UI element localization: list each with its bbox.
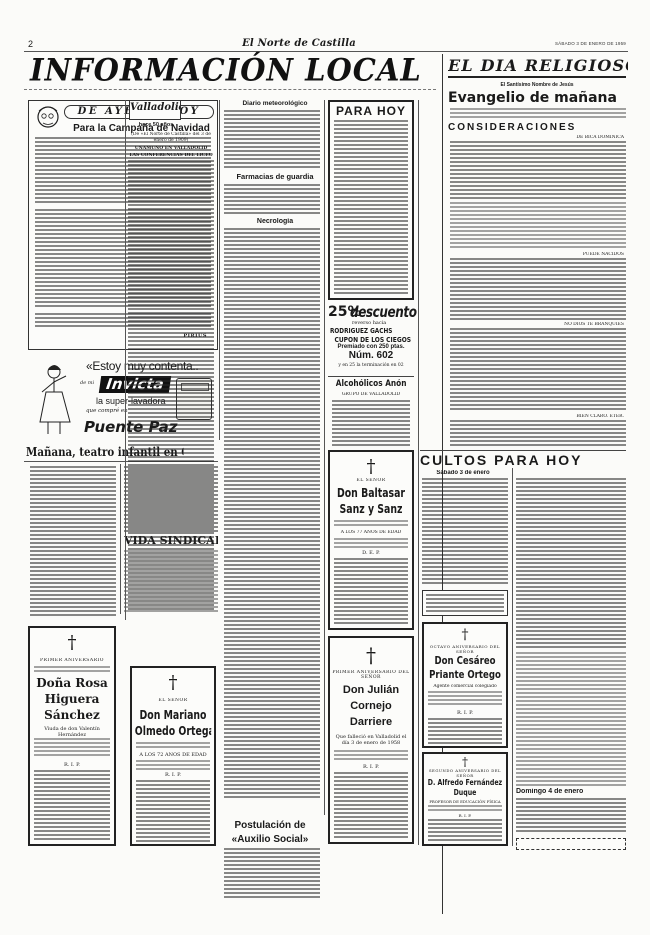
obituary-text — [428, 805, 502, 813]
ad-script-store: que compré en — [86, 408, 128, 414]
obituary-prefix: SEGUNDO ANIVERSARIO DEL SEÑOR — [424, 768, 506, 778]
obituary-box: † OCTAVO ANIVERSARIO DEL SEÑOR Don Cesár… — [422, 622, 508, 748]
article-body — [516, 652, 626, 786]
cupon-number: Núm. 602 — [328, 350, 414, 361]
column-rule — [120, 464, 121, 614]
masthead: El Norte de Castilla — [224, 38, 374, 49]
column-rule — [219, 100, 220, 440]
column-rule — [324, 100, 325, 815]
article-body — [30, 466, 116, 616]
obituary-box: † PRIMER ANIVERSARIO Doña Rosa Higuera S… — [28, 626, 116, 846]
article-body — [224, 110, 320, 170]
valladolid-subtitle: hace 50 años — [129, 122, 183, 128]
cross-icon: † — [330, 458, 412, 476]
obituary-name: D. Alfredo Fernández — [427, 778, 503, 787]
cross-icon: † — [424, 756, 506, 768]
woman-illustration-icon — [34, 362, 76, 436]
article-body — [128, 160, 214, 612]
article-body — [334, 120, 408, 296]
obituary-text — [136, 780, 210, 842]
obituary-box: † EL SEÑOR Don Mariano Olmedo Ortega A L… — [130, 666, 216, 846]
obituary-name: Priante Ortego — [427, 668, 503, 681]
obituary-prefix: PRIMER ANIVERSARIO — [30, 658, 114, 663]
divider — [448, 76, 626, 78]
para-hoy-box: PARA HOY — [328, 100, 414, 300]
feast-name: El Santísimo Nombre de Jesús — [448, 82, 626, 88]
obituary-prefix: EL SEÑOR — [132, 698, 214, 703]
subhead: GRUPO DE VALLADOLID — [328, 392, 414, 398]
cross-icon: † — [30, 634, 114, 652]
obituary-name: Sánchez — [30, 708, 114, 722]
obituary-text — [428, 691, 502, 707]
obituary-note: A LOS 72 AÑOS DE EDAD — [132, 752, 214, 758]
article-body — [332, 400, 410, 448]
ad-line: reverso hacia — [352, 320, 386, 326]
article-body — [450, 108, 626, 120]
cupon-ciegos: CUPON DE LOS CIEGOS Premiado con 250 pta… — [328, 336, 414, 368]
obituary-text — [334, 538, 408, 548]
obituary-text — [334, 520, 408, 528]
article-body — [224, 228, 320, 798]
ad-store: RODRIGUEZ GACHS — [330, 327, 392, 335]
para-hoy-title: PARA HOY — [330, 104, 412, 118]
article-body — [450, 258, 626, 320]
article-body — [224, 848, 320, 900]
obituary-note: Agente comercial colegiado — [426, 684, 504, 690]
headline: Evangelio de mañana — [448, 90, 628, 106]
obituary-name: Don Julián — [330, 684, 412, 696]
obituary-text — [334, 772, 408, 838]
divider — [328, 376, 414, 377]
obituary-text — [34, 666, 110, 674]
newspaper-page: 2 El Norte de Castilla SÁBADO 3 DE ENERO… — [24, 38, 628, 918]
section-banner-religious: EL DIA RELIGIOSO — [448, 56, 628, 75]
subhead: Sábado 3 de enero — [420, 470, 506, 476]
headline: «Auxilio Social» — [220, 834, 320, 845]
obituary-note: A LOS 77 AÑOS DE EDAD — [330, 530, 412, 536]
valladolid-subhead: UNAMUNO EN VALLADOLID — [128, 146, 214, 152]
valladolid-title: Valladolid — [130, 102, 180, 113]
obituary-name: Don Baltasar — [334, 486, 407, 500]
obituary-note: Que falleció en Valladolid el día 3 de e… — [334, 734, 408, 746]
obituary-text — [34, 770, 110, 842]
obituary-name: Darriere — [330, 716, 412, 728]
dateline: SÁBADO 3 DE ENERO DE 1959 — [555, 41, 626, 46]
column-rule — [512, 468, 513, 846]
article-body — [224, 184, 320, 214]
obituary-name: Cornejo — [330, 700, 412, 712]
article-body — [450, 141, 626, 199]
obituary-rip: R. I. P. — [132, 772, 214, 778]
cross-icon: † — [424, 628, 506, 642]
obituary-rip: R. I. P. — [330, 764, 412, 770]
page-number: 2 — [28, 39, 33, 49]
section-heading: Necrología — [220, 218, 330, 225]
column-rule — [418, 100, 419, 845]
obituary-name: Higuera — [30, 692, 114, 706]
obituary-text — [334, 558, 408, 626]
obituary-name: Don Mariano — [136, 708, 209, 722]
obituary-text — [428, 819, 502, 843]
obituary-box: † EL SEÑOR Don Baltasar Sanz y Sanz A LO… — [328, 450, 414, 630]
article-body — [450, 202, 626, 250]
obituary-prefix: OCTAVO ANIVERSARIO DEL SEÑOR — [424, 644, 506, 654]
obituary-name: Duque — [433, 788, 497, 797]
ad-word: descuento — [350, 303, 417, 321]
article-body — [516, 798, 626, 834]
obituary-rip: R. I. P. — [424, 710, 506, 716]
obituary-name: Olmedo Ortega — [135, 724, 211, 738]
column-rule — [125, 100, 126, 620]
cupon-note: y en 25 la terminación en 02 — [328, 363, 414, 368]
section-banner-local: INFORMACIÓN LOCAL — [30, 54, 438, 86]
valladolid-logo-box: Valladolid — [129, 100, 181, 120]
headline: CULTOS PARA HOY — [420, 452, 626, 468]
obituary-rip: D. E. P. — [330, 550, 412, 556]
cross-icon: † — [132, 674, 214, 692]
obituary-note: Viuda de don Valentín Hernández — [32, 726, 112, 738]
divider — [24, 89, 436, 90]
notice-box — [422, 590, 508, 616]
divider — [420, 450, 626, 451]
notice-box — [516, 838, 626, 850]
obituary-text — [428, 718, 502, 744]
cross-icon: † — [330, 646, 412, 664]
subheading: CONSIDERACIONES — [448, 122, 628, 133]
notice-text — [426, 594, 504, 612]
valladolid-dateline: (De «El Norte de Castilla» del 3 de ener… — [128, 132, 214, 144]
headline: Alcohólicos Anónimos — [336, 379, 407, 389]
valladolid-subhead: LAS CONFERENCIAS DEL LICEO — [128, 153, 214, 159]
obituary-rip: R. I. P. — [30, 762, 114, 768]
obituary-box: † PRIMER ANIVERSARIO DEL SEÑOR Don Juliá… — [328, 636, 414, 844]
obituary-box: † SEGUNDO ANIVERSARIO DEL SEÑOR D. Alfre… — [422, 752, 508, 846]
subhead: Domingo 4 de enero — [516, 788, 626, 795]
obituary-prefix: PRIMER ANIVERSARIO DEL SEÑOR — [330, 670, 412, 680]
obituary-text — [136, 742, 210, 750]
section-heading: Diario meteorológico — [220, 100, 330, 107]
cupon-title: CUPON DE LOS CIEGOS — [334, 336, 407, 344]
obituary-text — [34, 738, 110, 758]
obituary-name: Sanz y Sanz — [334, 502, 407, 516]
obituary-name: Don Cesáreo — [428, 654, 501, 667]
running-head: 2 El Norte de Castilla SÁBADO 3 DE ENERO… — [24, 38, 628, 52]
section-heading: Farmacias de guardia — [220, 172, 330, 181]
article-body — [450, 420, 626, 448]
obituary-prefix: EL SEÑOR — [330, 478, 412, 483]
obituary-name: Doña Rosa — [30, 676, 114, 690]
caricature-icon — [33, 103, 63, 135]
article-body — [516, 478, 626, 648]
ad-script-prefix: de mi — [80, 380, 94, 386]
article-body — [450, 328, 626, 412]
obituary-text — [136, 760, 210, 770]
article-body — [422, 478, 508, 586]
obituary-text — [334, 750, 408, 760]
headline: Postulación de — [220, 820, 320, 831]
